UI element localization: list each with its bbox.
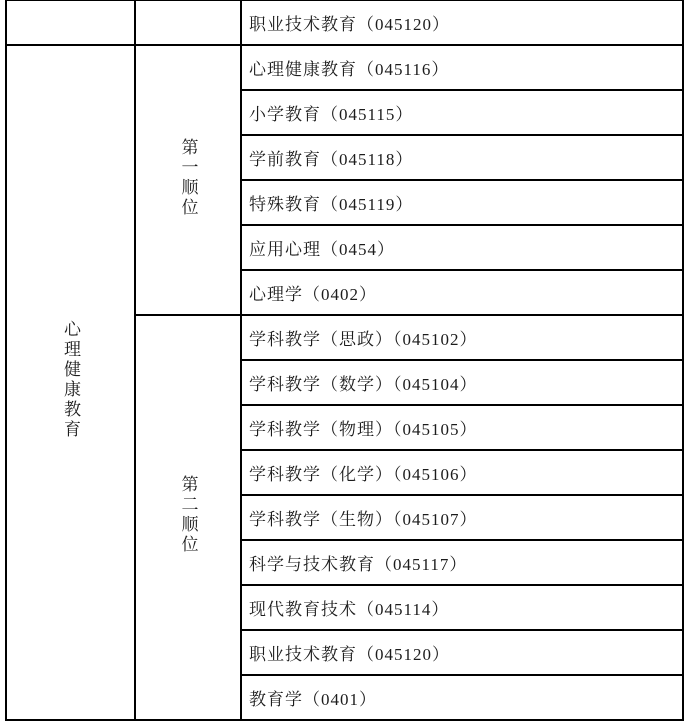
major-cell: 学科教学（化学）（045106） bbox=[241, 450, 683, 495]
major-label: 学科教学（生物）（045107） bbox=[249, 510, 478, 529]
major-cell: 现代教育技术（045114） bbox=[241, 585, 683, 630]
major-cell: 科学与技术教育（045117） bbox=[241, 540, 683, 585]
priority-cell-second: 第二顺位 bbox=[135, 315, 241, 720]
category-cell: 心理健康教育 bbox=[6, 45, 135, 720]
major-label: 学前教育（045118） bbox=[249, 150, 413, 169]
major-label: 特殊教育（045119） bbox=[249, 195, 413, 214]
major-label: 小学教育（045115） bbox=[249, 105, 413, 124]
major-adjustment-table: 职业技术教育（045120） 心理健康教育 第一顺位 心理健康教育（045116… bbox=[5, 0, 684, 720]
major-cell: 特殊教育（045119） bbox=[241, 180, 683, 225]
major-cell: 应用心理（0454） bbox=[241, 225, 683, 270]
major-cell: 教育学（0401） bbox=[241, 675, 683, 720]
major-cell: 职业技术教育（045120） bbox=[241, 630, 683, 675]
category-cell-empty bbox=[6, 0, 135, 45]
major-label: 教育学（0401） bbox=[249, 690, 377, 709]
major-cell: 学科教学（生物）（045107） bbox=[241, 495, 683, 540]
major-label: 应用心理（0454） bbox=[249, 240, 395, 259]
major-cell: 学前教育（045118） bbox=[241, 135, 683, 180]
major-label: 科学与技术教育（045117） bbox=[249, 555, 467, 574]
major-label: 职业技术教育（045120） bbox=[249, 15, 450, 34]
priority-cell-first: 第一顺位 bbox=[135, 45, 241, 315]
major-label: 学科教学（物理）（045105） bbox=[249, 420, 478, 439]
major-cell: 学科教学（思政）（045102） bbox=[241, 315, 683, 360]
major-cell: 心理学（0402） bbox=[241, 270, 683, 315]
major-label: 学科教学（数学）（045104） bbox=[249, 375, 478, 394]
major-label: 心理学（0402） bbox=[249, 285, 377, 304]
major-cell: 心理健康教育（045116） bbox=[241, 45, 683, 90]
table-row: 心理健康教育 第一顺位 心理健康教育（045116） bbox=[6, 45, 683, 90]
priority-label: 第二顺位 bbox=[180, 475, 197, 555]
major-adjustment-table-wrap: 职业技术教育（045120） 心理健康教育 第一顺位 心理健康教育（045116… bbox=[5, 0, 684, 720]
major-cell: 学科教学（物理）（045105） bbox=[241, 405, 683, 450]
major-cell: 职业技术教育（045120） bbox=[241, 0, 683, 45]
category-label: 心理健康教育 bbox=[62, 320, 79, 440]
major-label: 现代教育技术（045114） bbox=[249, 600, 449, 619]
priority-label: 第一顺位 bbox=[180, 138, 197, 218]
major-label: 心理健康教育（045116） bbox=[249, 60, 449, 79]
major-label: 职业技术教育（045120） bbox=[249, 645, 450, 664]
major-label: 学科教学（思政）（045102） bbox=[249, 330, 478, 349]
priority-cell-empty bbox=[135, 0, 241, 45]
major-cell: 学科教学（数学）（045104） bbox=[241, 360, 683, 405]
table-row: 职业技术教育（045120） bbox=[6, 0, 683, 45]
major-label: 学科教学（化学）（045106） bbox=[249, 465, 478, 484]
major-cell: 小学教育（045115） bbox=[241, 90, 683, 135]
